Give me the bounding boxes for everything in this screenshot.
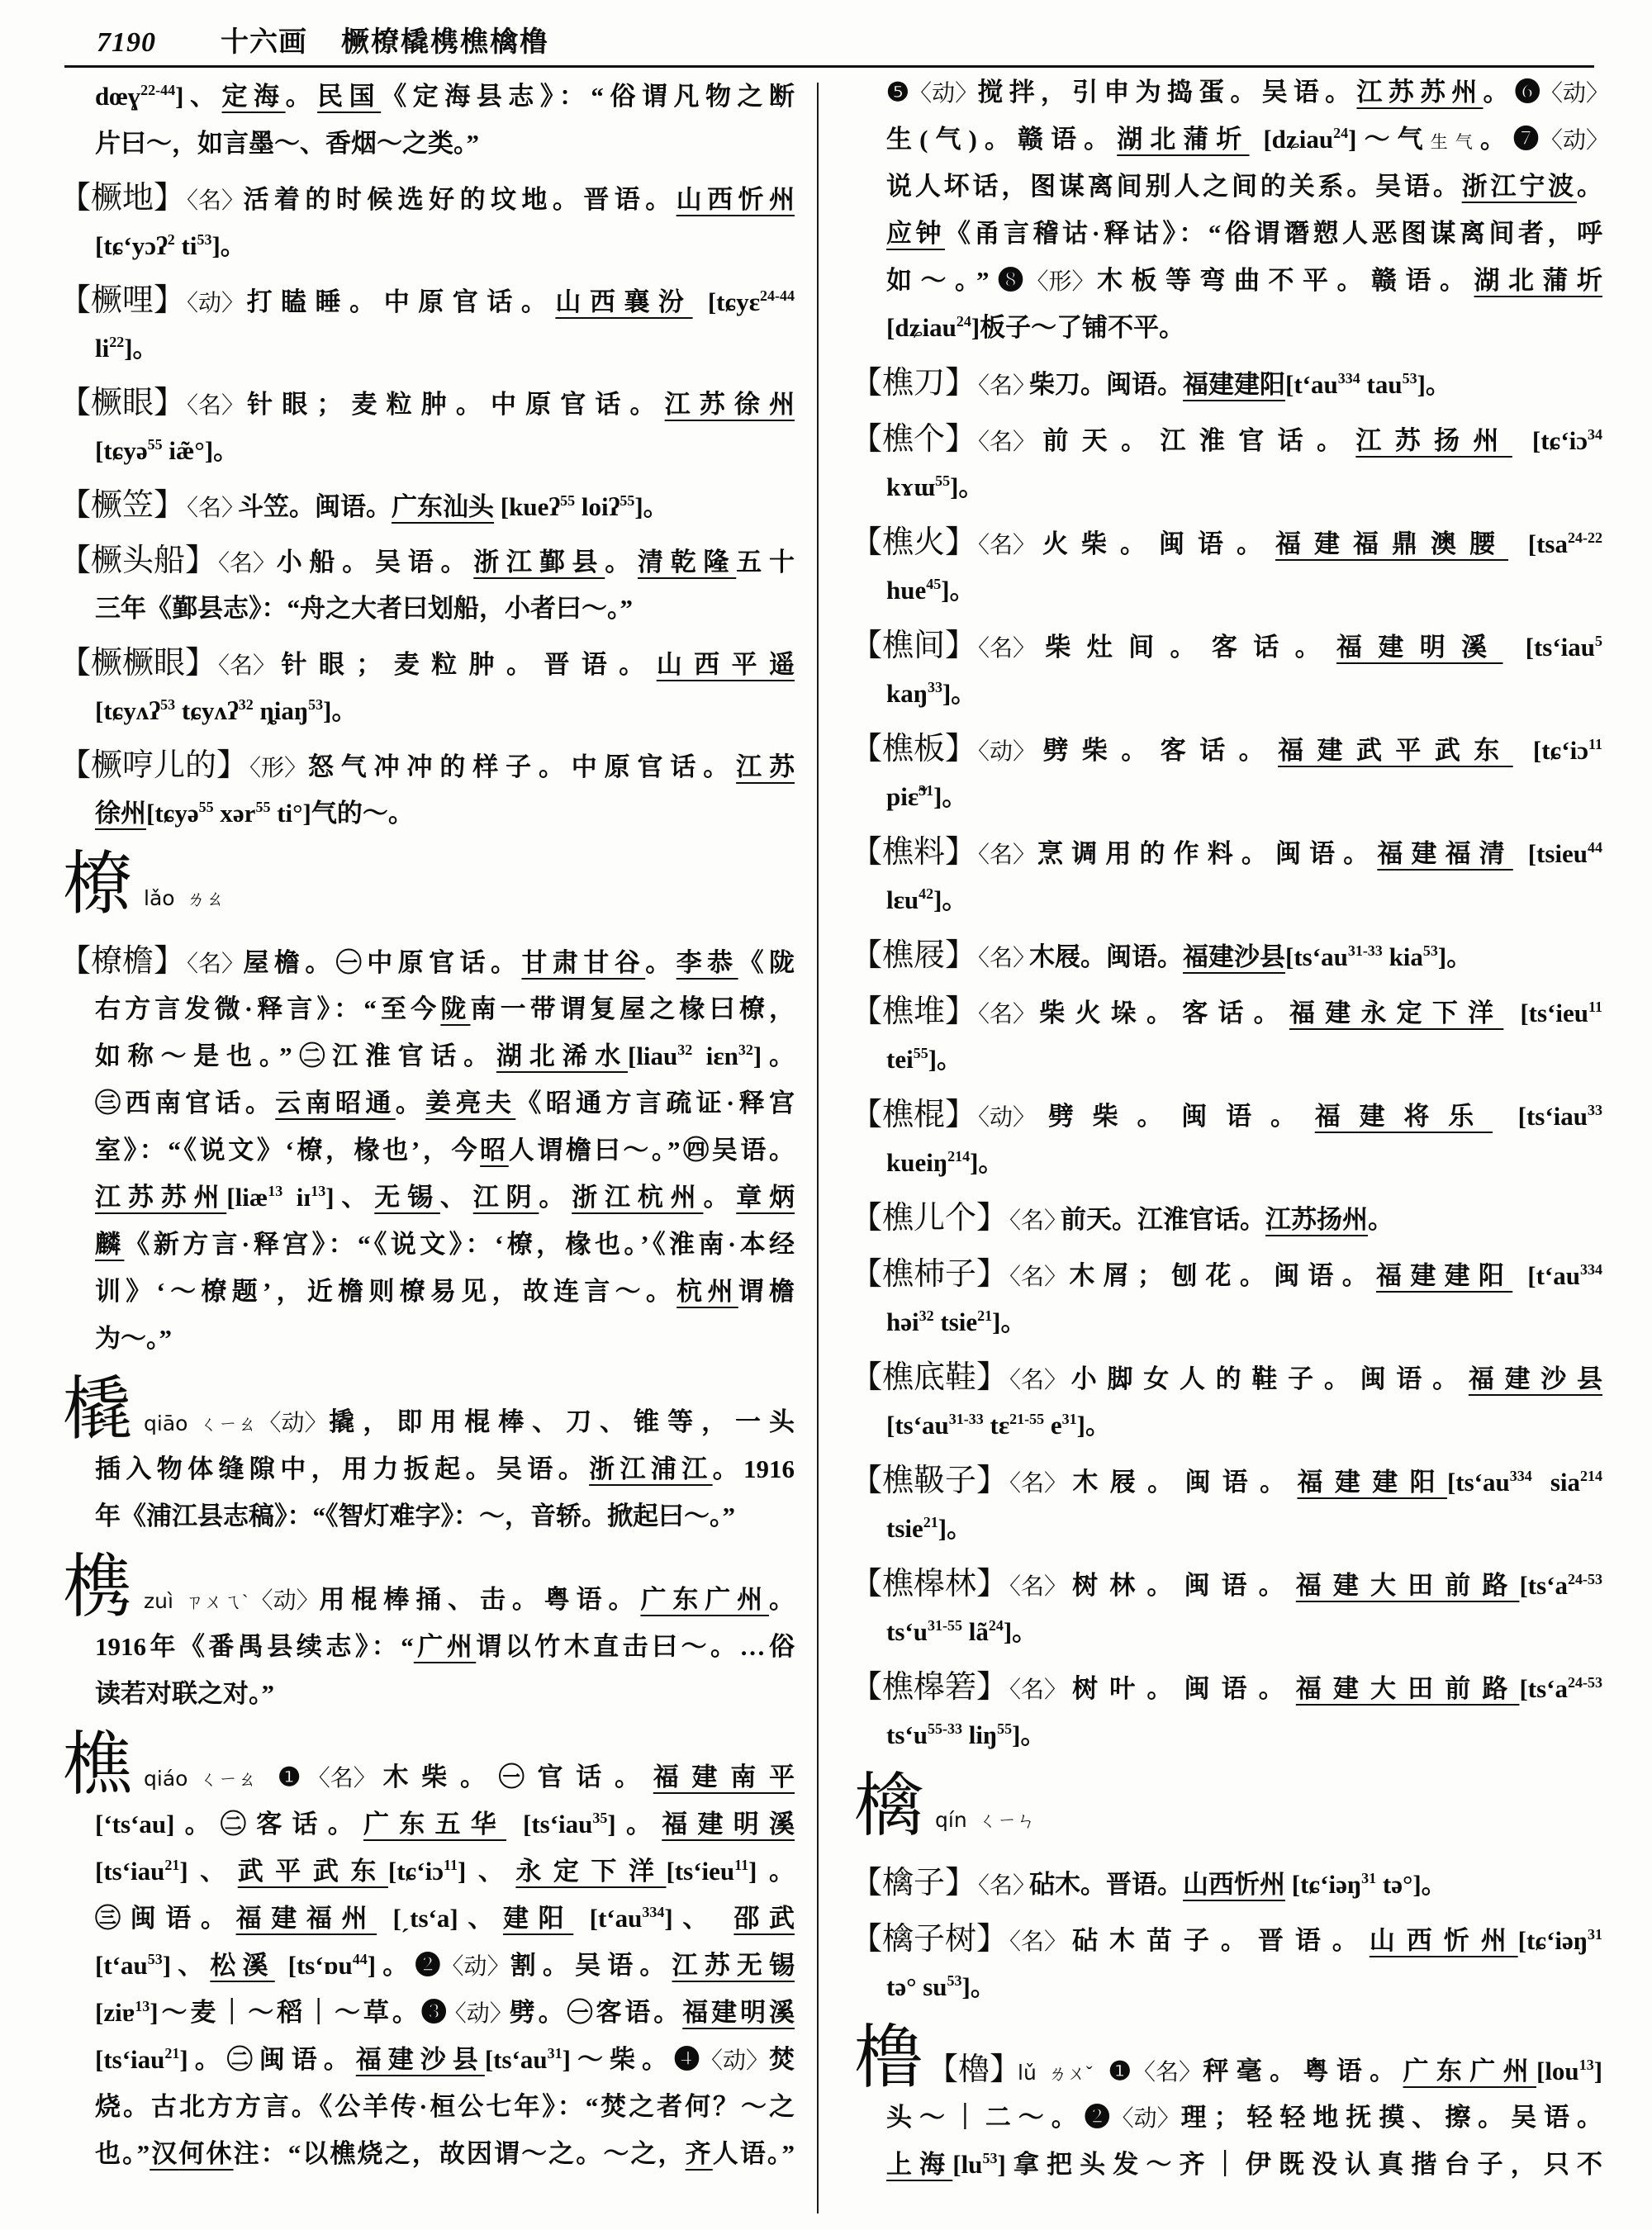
part-of-speech-tag: 〈动〉	[258, 1400, 327, 1447]
part-of-speech-tag: 〈动〉	[175, 280, 244, 327]
text-line: 【樵间】〈名〉柴灶间。客话。福建明溪 [ts‘iau5	[859, 623, 1602, 670]
dictionary-entry: 【橛地】〈名〉活着的时候选好的坟地。晋语。山西忻州[tɕ‘yɔʔ2 ti53]。	[68, 175, 795, 269]
text-run: 1916年《番禺县续志》：“	[95, 1632, 414, 1661]
headword: 【檎子】	[851, 1860, 976, 1907]
text-run: 前天。江淮官话。	[1029, 426, 1355, 455]
place-or-source-name: 浙江杭州	[572, 1183, 703, 1212]
place-or-source-name: 山西忻州	[1370, 1926, 1518, 1955]
text-run: [‘ts‘au]。㊁客话。	[95, 1810, 363, 1839]
text-run: ]、	[175, 82, 221, 111]
part-of-speech-tag: 〈动〉	[1540, 117, 1609, 164]
tone-superscript: 42	[919, 885, 933, 902]
part-of-speech-tag: 〈名〉	[966, 832, 1036, 879]
part-of-speech-tag: 〈名〉	[175, 178, 244, 225]
head-character: 橑	[63, 851, 132, 920]
text-run: ]。	[1012, 1720, 1046, 1749]
tone-superscript: 334	[1510, 1468, 1532, 1484]
text-run: ]、	[458, 1857, 515, 1886]
tone-superscript: 5	[1595, 633, 1602, 649]
place-or-source-name: 江苏徐州	[665, 390, 795, 419]
text-line: 上海[lu53]拿把头发～齐｜伊既没认真揩台子，只不	[859, 2141, 1602, 2188]
text-run: 木屐。闽语。	[1061, 1468, 1297, 1497]
text-run: 木屐。闽语。	[1029, 942, 1183, 971]
tone-superscript: 214	[947, 1148, 970, 1165]
tone-superscript: 55	[255, 799, 270, 815]
text-run: ㊂西南官话。	[95, 1089, 275, 1117]
text-run: 柴灶间。客话。	[1029, 633, 1336, 662]
place-or-source-name: 福建沙县	[1183, 942, 1285, 971]
dictionary-entry: 【樵刀】〈名〉柴刀。闽语。福建建阳[t‘au334 tau53]。	[859, 360, 1602, 407]
place-or-source-name: 湖北蒲圻	[1117, 125, 1249, 154]
headword: 【橛头船】	[59, 538, 216, 585]
text-line: ㊂西南官话。云南昭通。姜亮夫《昭通方言疏证·释宫	[68, 1079, 795, 1127]
text-run: [lu	[952, 2150, 982, 2179]
text-run: iɪ	[282, 1183, 311, 1212]
text-run: ]。	[607, 1810, 662, 1839]
text-line: [tɕyə55 iæ̃°]。	[68, 427, 795, 474]
text-run: 用棍棒捅、击。粤语。	[313, 1585, 641, 1614]
tone-superscript: 55	[914, 1045, 928, 1061]
headword: 【橛笠】	[59, 482, 185, 529]
place-or-source-name: 永定下洋	[515, 1857, 666, 1886]
column-left: dœɣ22-44]、定海。民国《定海县志》：“俗谓凡物之断片曰～，如言墨～、香烟…	[68, 73, 795, 2177]
text-run: [liau	[628, 1041, 677, 1070]
text-run: ]。	[933, 782, 967, 811]
text-run: [ts‘iau	[1503, 633, 1596, 662]
text-run: 。	[605, 548, 638, 576]
text-run: 小脚女人的鞋子。闽语。	[1061, 1364, 1469, 1393]
text-line: 右方言发微·释言》：“至今陇南一带谓复屋之椽曰橑，	[68, 985, 795, 1032]
pinyin: lǔ	[1018, 2061, 1037, 2085]
head-character-entry: 樵qiáoㄑㄧㄠ❶〈名〉木柴。㊀官话。福建南平[‘ts‘au]。㊁客话。广东五华…	[68, 1753, 795, 2177]
text-run: [ts‘au	[1285, 942, 1348, 971]
place-or-source-name: 福建福清	[1377, 839, 1512, 868]
text-run: 砧木。晋语。	[1029, 1870, 1183, 1899]
text-run: e	[1044, 1411, 1062, 1440]
text-run: 。	[286, 82, 318, 111]
text-run: [tsieu	[1513, 839, 1588, 868]
head-line: 橹【櫓】lǔㄌㄨˇ❶〈名〉秤毫。粤语。广东广州[lou13]	[859, 2047, 1602, 2094]
place-or-source-name: 福建永定下洋	[1289, 999, 1503, 1027]
text-run: [ts‘iau	[506, 1810, 592, 1839]
part-of-speech-tag: 〈形〉	[1026, 259, 1095, 306]
place-or-source-name: 福建建阳	[1376, 1261, 1512, 1290]
text-run: tɕyʌʔ	[175, 696, 239, 725]
text-run: ]～麦｜～稻｜～草。❸	[150, 1998, 450, 2027]
dictionary-entry: 【橛哩】〈动〉打瞌睡。中原官话。山西襄汾 [tɕyɛ24-44li22]。	[68, 278, 795, 372]
text-run: kia	[1383, 942, 1423, 971]
text-run: [liæ	[226, 1183, 268, 1212]
text-run: ts‘u	[886, 1720, 928, 1749]
tone-superscript: 55	[619, 492, 634, 509]
place-or-source-name: 建阳	[503, 1904, 573, 1933]
text-run: [tɕ‘iəŋ	[1285, 1870, 1361, 1899]
text-run: 小船。吴语。	[269, 548, 473, 576]
text-run: [tɕ‘yɔʔ	[95, 231, 168, 260]
part-of-speech-tag: 〈名〉	[206, 643, 276, 690]
place-or-source-name: 广东广州	[1403, 2057, 1536, 2085]
text-line: 【樵屐】〈名〉木屐。闽语。福建沙县[ts‘au31-33 kia53]。	[859, 932, 1602, 980]
text-run: 。	[1368, 1205, 1393, 1234]
head-character: 橹	[854, 2024, 923, 2094]
head-line: 樵qiáoㄑㄧㄠ❶〈名〉木柴。㊀官话。福建南平	[68, 1753, 795, 1801]
part-of-speech-tag: 〈名〉	[175, 485, 244, 532]
variant-headword: 【櫓】	[927, 2047, 1021, 2094]
text-run: [ts‘a	[1519, 1571, 1568, 1600]
part-of-speech-tag: 〈名〉	[998, 1198, 1067, 1245]
text-line: 【檎子树】〈名〉砧木苗子。晋语。山西忻州[tɕ‘iəŋ31	[859, 1916, 1602, 1963]
text-run: 谓檐	[738, 1277, 795, 1306]
text-run: 。❼	[1480, 125, 1546, 154]
part-of-speech-tag: 〈名〉	[998, 1667, 1067, 1714]
part-of-speech-tag: 〈名〉	[998, 1254, 1067, 1301]
text-run: ]～柴。❹	[563, 2045, 706, 2074]
dictionary-entry: 【橛眼】〈名〉针眼；麦粒肿。中原官话。江苏徐州[tɕyə55 iæ̃°]。	[68, 380, 795, 474]
text-run: [tɕ‘iəŋ	[1518, 1926, 1588, 1955]
dictionary-entry: 【樵屐】〈名〉木屐。闽语。福建沙县[ts‘au31-33 kia53]。	[859, 932, 1602, 980]
place-or-source-name: 福建大田前路	[1296, 1571, 1520, 1600]
text-line: 【樵杮子】〈名〉木屑；刨花。闽语。福建建阳 [t‘au334	[859, 1251, 1602, 1298]
headword: 【樵刀】	[851, 360, 976, 407]
text-run: 。	[645, 948, 676, 977]
tone-superscript: 32	[738, 1041, 753, 1058]
place-or-source-name: 福建将乐	[1315, 1102, 1493, 1131]
tone-superscript: 22	[109, 334, 124, 350]
tone-superscript: 13	[311, 1183, 325, 1199]
column-divider	[817, 83, 819, 2213]
tone-superscript: 35	[592, 1810, 607, 1826]
pronunciation: zuìㄗㄨㄟˋ	[144, 1576, 249, 1625]
text-run: 柴刀。闽语。	[1029, 370, 1183, 399]
part-of-speech-tag: 〈名〉	[966, 419, 1036, 466]
place-or-source-name: 松溪	[210, 1951, 274, 1980]
text-run: 五十	[736, 548, 795, 576]
text-run: 。	[539, 1183, 572, 1212]
entry-continuation: ❺〈动〉搅拌，引申为捣蛋。吴语。江苏苏州。❻〈动〉生(气)。赣语。湖北蒲圻 [d…	[859, 69, 1602, 351]
text-run: 怒气冲冲的样子。中原官话。	[301, 752, 736, 781]
part-of-speech-tag: 〈名〉	[998, 1357, 1067, 1404]
header-characters: 橛橑橇槜樵檎橹	[341, 25, 549, 61]
tone-superscript: 32	[677, 1041, 692, 1058]
text-line: 【樵刀】〈名〉柴刀。闽语。福建建阳[t‘au334 tau53]。	[859, 360, 1602, 407]
tone-superscript: 13	[268, 1183, 282, 1199]
place-or-source-name: 浙江鄞县	[473, 548, 605, 576]
text-line: 【樵个】〈名〉前天。江淮官话。江苏扬州 [tɕ‘iɔ34	[859, 416, 1602, 463]
text-run: tə°]。	[1376, 1870, 1447, 1899]
text-run: [ts‘iau	[1493, 1102, 1588, 1131]
pinyin: qiáo	[144, 1767, 188, 1791]
text-run: 生(气)。赣语。	[886, 125, 1117, 154]
head-line: 橑lǎoㄌㄠ	[68, 873, 795, 920]
text-line: 江苏苏州[liæ13 iɪ13]、无锡、江阴。浙江杭州。章炳	[68, 1174, 795, 1221]
text-run: 人谓檐曰～。”㊃吴语。	[509, 1136, 795, 1165]
head-character-entry: 檎qínㄑㄧㄣ	[859, 1795, 1602, 1842]
text-line: 读若对联之对。”	[68, 1670, 795, 1717]
text-line: 【樵槔箬】〈名〉树叶。闽语。福建大田前路[ts‘a24-53	[859, 1664, 1602, 1711]
text-run: ]。	[634, 492, 668, 521]
text-run: 打瞌睡。中原官话。	[238, 287, 555, 316]
tone-superscript: 55	[148, 436, 163, 453]
stroke-count-section: 十六画	[221, 25, 307, 61]
text-run: 室》：“《说文》‘橑，椽也’，今	[95, 1136, 480, 1165]
text-run: loiʔ	[575, 492, 619, 521]
text-line: tə° su53]。	[859, 1963, 1602, 2010]
text-run: ]。	[211, 231, 245, 260]
pinyin: zuì	[144, 1589, 173, 1613]
text-line: 1916年《番禺县续志》：“广州谓以竹木直击曰～。…俗	[68, 1623, 795, 1670]
tone-superscript: 24-22	[1568, 529, 1602, 546]
text-line: kaŋ33]。	[859, 670, 1602, 717]
text-run: 片曰～，如言墨～、香烟～之类。”	[95, 129, 479, 158]
place-or-source-name: 徐州	[95, 799, 146, 828]
headword: 【樵杮子】	[851, 1251, 1008, 1298]
dictionary-page: 7190 十六画 橛橑橇槜樵檎橹 dœɣ22-44]、定海。民国《定海县志》：“…	[0, 0, 1652, 2230]
headword: 【樵间】	[851, 623, 976, 670]
text-run: 撬，即用棍棒、刀、锥等，一头	[320, 1407, 795, 1436]
part-of-speech-tag: 〈名〉	[966, 935, 1036, 982]
part-of-speech-tag: 〈名〉	[966, 625, 1036, 672]
text-run: iɛn	[692, 1041, 738, 1070]
tone-superscript: 22-44	[140, 82, 175, 98]
part-of-speech-tag: 〈名〉	[966, 363, 1036, 410]
text-line: [tɕ‘yɔʔ2 ti53]。	[68, 222, 795, 269]
text-run: liŋ	[962, 1720, 997, 1749]
part-of-speech-tag: 〈动〉	[250, 1578, 320, 1625]
dictionary-entry: 【樵杮子】〈名〉木屑；刨花。闽语。福建建阳 [t‘au334həi32 tsie…	[859, 1251, 1602, 1345]
tone-superscript: 32	[239, 696, 254, 713]
head-line: 槜zuìㄗㄨㄟˋ〈动〉用棍棒捅、击。粤语。广东广州。	[68, 1576, 795, 1623]
headword: 【樵槔箬】	[851, 1664, 1008, 1711]
text-run: tei	[886, 1045, 914, 1074]
header-rule	[64, 65, 1594, 68]
text-run: [ts‘a	[1519, 1674, 1568, 1703]
pinyin: lǎo	[144, 886, 175, 910]
text-run: həi	[886, 1307, 919, 1336]
text-run: ]板子～了铺不平。	[971, 313, 1184, 342]
text-run: iæ̃°]。	[163, 436, 239, 465]
text-line: 三年《鄞县志》：“舟之大者曰划船，小者曰～。”	[68, 585, 795, 632]
text-run: ]拿把头发～齐｜伊既没认真揩台子，只不	[997, 2150, 1602, 2179]
text-line: 室》：“《说文》‘橑，椽也’，今昭人谓檐曰～。”㊃吴语。	[68, 1127, 795, 1174]
head-character-entry: 橑lǎoㄌㄠ	[68, 873, 795, 920]
part-of-speech-tag: 〈动〉	[1111, 2095, 1180, 2142]
tone-superscript: 53	[982, 2150, 997, 2166]
part-of-speech-tag: 〈名〉	[206, 540, 276, 587]
place-or-source-name: 陇	[440, 994, 470, 1023]
tone-superscript: 11	[1588, 736, 1602, 752]
text-run: [tɕyʌʔ	[95, 696, 160, 725]
part-of-speech-tag: 〈动〉	[1540, 70, 1609, 117]
text-line: 【橛哩】〈动〉打瞌睡。中原官话。山西襄汾 [tɕyɛ24-44	[68, 278, 795, 325]
text-run: li	[95, 334, 109, 363]
tone-superscript: 13	[1579, 2057, 1594, 2073]
head-character-entry: 槜zuìㄗㄨㄟˋ〈动〉用棍棒捅、击。粤语。广东广州。1916年《番禺县续志》：“…	[68, 1576, 795, 1717]
text-run: tɛ	[984, 1411, 1009, 1440]
text-run: ]、	[163, 1951, 211, 1980]
pronunciation: lǎoㄌㄠ	[144, 873, 225, 923]
dictionary-entry: 【樵槔箬】〈名〉树叶。闽语。福建大田前路[ts‘a24-53ts‘u55-33 …	[859, 1664, 1602, 1758]
dictionary-entry: 【樵堆】〈名〉柴火垛。客话。福建永定下洋 [ts‘ieu11tei55]。	[859, 989, 1602, 1083]
headword: 【樵火】	[851, 520, 976, 567]
tone-superscript: 214	[1580, 1468, 1602, 1484]
text-line: 烧。古北方方言。《公羊传·桓公七年》：“焚之者何？～之	[68, 2083, 795, 2130]
text-line: 【橛笠】〈名〉斗笠。闽语。广东汕头 [kueʔ55 loiʔ55]。	[68, 482, 795, 529]
text-run: ]。	[928, 1045, 962, 1074]
text-run: [dʑiau	[1250, 125, 1334, 154]
headword: 【樵靸子】	[851, 1458, 1008, 1505]
tone-superscript: 31-33	[949, 1411, 984, 1427]
text-line: ㊂闽语。福建福州 [ˏts‘a]、建阳 [t‘au334]、 邵武	[68, 1895, 795, 1942]
part-of-speech-tag: 〈名〉	[966, 522, 1036, 569]
text-run: 南一带谓复屋之椽曰橑，	[470, 994, 795, 1023]
text-run: 。1916	[713, 1454, 795, 1483]
text-run: [dʑiau	[886, 313, 957, 342]
place-or-source-name: 清乾隆	[638, 548, 736, 576]
text-line: 【橛地】〈名〉活着的时候选好的坟地。晋语。山西忻州	[68, 175, 795, 222]
text-run: ]。	[1417, 370, 1451, 399]
place-or-source-name: 福建明溪	[682, 1998, 795, 2027]
text-line: hue45]。	[859, 567, 1602, 614]
text-run: [kueʔ	[494, 492, 560, 521]
text-run: [ts‘au	[485, 2045, 548, 2074]
text-line: 头～｜二～。❷〈动〉理；轻轻地抚摸、擦。吴语。	[859, 2094, 1602, 2141]
text-line: [‘ts‘au]。㊁客话。广东五华 [ts‘iau35]。福建明溪	[68, 1801, 795, 1848]
tone-superscript: 21	[164, 1857, 179, 1873]
text-run: dœɣ	[95, 82, 140, 111]
place-or-source-name: 应钟	[886, 219, 945, 248]
place-or-source-name: 甘肃甘谷	[521, 948, 645, 977]
text-line: ❺〈动〉搅拌，引申为捣蛋。吴语。江苏苏州。❻〈动〉	[859, 69, 1602, 116]
text-run: ti°]气的～。	[270, 799, 413, 828]
text-run: 木柴。㊀官话。	[370, 1763, 653, 1791]
head-character: 槜	[63, 1554, 132, 1623]
headword: 【樵底鞋】	[851, 1355, 1008, 1402]
tone-superscript: 31	[919, 782, 933, 799]
tone-superscript: 53	[160, 696, 175, 713]
text-run: 搅拌，引申为捣蛋。吴语。	[971, 78, 1356, 107]
part-of-speech-tag: 〈名〉	[966, 991, 1036, 1038]
text-run: 说人坏话，图谋离间别人之间的关系。吴语。	[886, 172, 1462, 201]
place-or-source-name: 山西襄汾	[555, 287, 692, 316]
dictionary-entry: 【橑檐】〈名〉屋檐。㊀中原官话。甘肃甘谷。李恭《陇右方言发微·释言》：“至今陇南…	[68, 938, 795, 1362]
tone-superscript: 34	[1588, 426, 1602, 443]
text-line: [tɕyʌʔ53 tɕyʌʔ32 ȵiaŋ53]。	[68, 687, 795, 734]
place-or-source-name: 福建武平武东	[1278, 736, 1513, 765]
head-character-entry: 橹【櫓】lǔㄌㄨˇ❶〈名〉秤毫。粤语。广东广州[lou13]头～｜二～。❷〈动〉…	[859, 2047, 1602, 2188]
headword: 【樵料】	[851, 829, 976, 876]
entry-continuation: dœɣ22-44]、定海。民国《定海县志》：“俗谓凡物之断片曰～，如言墨～、香烟…	[68, 73, 795, 167]
dictionary-entry: 【樵间】〈名〉柴灶间。客话。福建明溪 [ts‘iau5kaŋ33]。	[859, 623, 1602, 717]
text-line: 【樵堆】〈名〉柴火垛。客话。福建永定下洋 [ts‘ieu11	[859, 989, 1602, 1036]
text-run: [t‘au	[573, 1904, 642, 1933]
part-of-speech-tag: 〈动〉	[909, 70, 978, 117]
pinyin: qiāo	[144, 1412, 188, 1435]
text-run: ti	[175, 231, 197, 260]
text-run: tsie	[934, 1307, 978, 1336]
text-line: 说人坏话，图谋离间别人之间的关系。吴语。浙江宁波。	[859, 163, 1602, 210]
headword: 【橑檐】	[59, 938, 185, 985]
text-run: 劈柴。客话。	[1029, 736, 1278, 765]
text-line: 【樵火】〈名〉火柴。闽语。福建福鼎澳腰 [tsa24-22	[859, 520, 1602, 567]
text-run: lã	[962, 1617, 989, 1646]
tone-superscript: 11	[1588, 999, 1602, 1015]
text-run: 插入物体缝隙中，用力扳起。吴语。	[95, 1454, 589, 1483]
text-run: 人语。”	[713, 2139, 795, 2168]
text-run: [tɕyɛ	[693, 287, 760, 316]
text-run: 、	[440, 1183, 473, 1212]
text-run: 秤毫。粤语。	[1195, 2057, 1403, 2085]
tone-superscript: 33	[928, 679, 942, 695]
text-run: 。	[1577, 172, 1602, 201]
headword: 【樵屐】	[851, 932, 976, 980]
text-run: 树林。闽语。	[1061, 1571, 1296, 1600]
tone-superscript: 24-44	[760, 287, 795, 304]
text-run: tau	[1360, 370, 1403, 399]
text-run: ]～气	[1348, 125, 1431, 154]
dictionary-entry: 【樵料】〈名〉烹调用的作料。闽语。福建福清 [tsieu44lɛu42]。	[859, 829, 1602, 923]
text-run: 为～。”	[95, 1324, 172, 1353]
text-run: ts‘u	[886, 1617, 928, 1646]
text-line: 麟《新方言·释宫》：“《说文》：‘橑，椽也。’《淮南·本经	[68, 1221, 795, 1268]
text-line: həi32 tsie21]。	[859, 1298, 1602, 1345]
text-run: [tɕyə	[95, 436, 148, 465]
text-run: 头～｜二～。❷	[886, 2103, 1118, 2132]
text-run: 如称～是也。”㊁江淮官话。	[95, 1041, 496, 1070]
pronunciation: qiāoㄑㄧㄠ	[144, 1398, 256, 1448]
text-run: ]。	[970, 1148, 1004, 1177]
place-or-source-name: 江苏	[736, 752, 795, 781]
tone-superscript: 31-33	[1348, 942, 1383, 959]
text-line: tsie21]。	[859, 1505, 1602, 1552]
text-run: ]。	[942, 679, 976, 708]
text-line: lɛu42]。	[859, 876, 1602, 923]
text-run: ㊂闽语。	[95, 1904, 236, 1933]
part-of-speech-tag: 〈名〉	[998, 1919, 1067, 1966]
text-line: 应钟《甬言稽诂·释诂》：“俗谓谮愬人恶图谋离间者，呼	[859, 210, 1602, 257]
place-or-source-name: 广东汕头	[392, 492, 494, 521]
text-run: 。	[396, 1089, 425, 1117]
text-run: sia	[1532, 1468, 1580, 1497]
place-or-source-name: 汉	[150, 2139, 178, 2168]
tone-superscript: 2	[168, 231, 175, 248]
text-run: 谓以竹木直击曰～。…俗	[476, 1632, 795, 1661]
head-character: 樵	[63, 1731, 132, 1801]
tone-superscript: 55	[199, 799, 214, 815]
text-line: 【橑檐】〈名〉屋檐。㊀中原官话。甘肃甘谷。李恭《陇	[68, 938, 795, 985]
text-run: [t‘au	[95, 1951, 148, 1980]
page-number: 7190	[97, 25, 156, 61]
dictionary-entry: 【樵板】〈动〉劈柴。客话。福建武平武东 [tɕ‘iɔ11piɛ̃31]。	[859, 726, 1602, 820]
text-line: 年《浦江县志稿》：“《智灯难字》：～，音轿。掀起曰～。”	[68, 1492, 795, 1540]
text-line: 【樵槔林】〈名〉树林。闽语。福建大田前路[ts‘a24-53	[859, 1561, 1602, 1608]
place-or-source-name: 福建建阳	[1183, 370, 1285, 399]
dictionary-entry: 【檎子树】〈名〉砧木苗子。晋语。山西忻州[tɕ‘iəŋ31tə° su53]。	[859, 1916, 1602, 2010]
text-run: lɛu	[886, 885, 919, 914]
text-run: ]。	[124, 334, 158, 363]
tone-superscript: 11	[734, 1857, 748, 1873]
place-or-source-name: 福建南平	[653, 1763, 795, 1791]
text-run: 柴火垛。客话。	[1029, 999, 1289, 1027]
text-line: [dʑiau24]板子～了铺不平。	[859, 304, 1602, 351]
place-or-source-name: 江苏扬州	[1355, 426, 1512, 455]
tone-superscript: 334	[642, 1904, 664, 1920]
text-run: 《新方言·释宫》：“《说文》：‘橑，椽也。’《淮南·本经	[124, 1230, 795, 1259]
text-run: [ts‘au	[886, 1411, 949, 1440]
text-run: ]。	[1438, 942, 1472, 971]
head-character: 檎	[854, 1772, 923, 1842]
text-run: [ts‘iau	[95, 2045, 164, 2074]
part-of-speech-tag: 〈名〉	[175, 941, 244, 988]
